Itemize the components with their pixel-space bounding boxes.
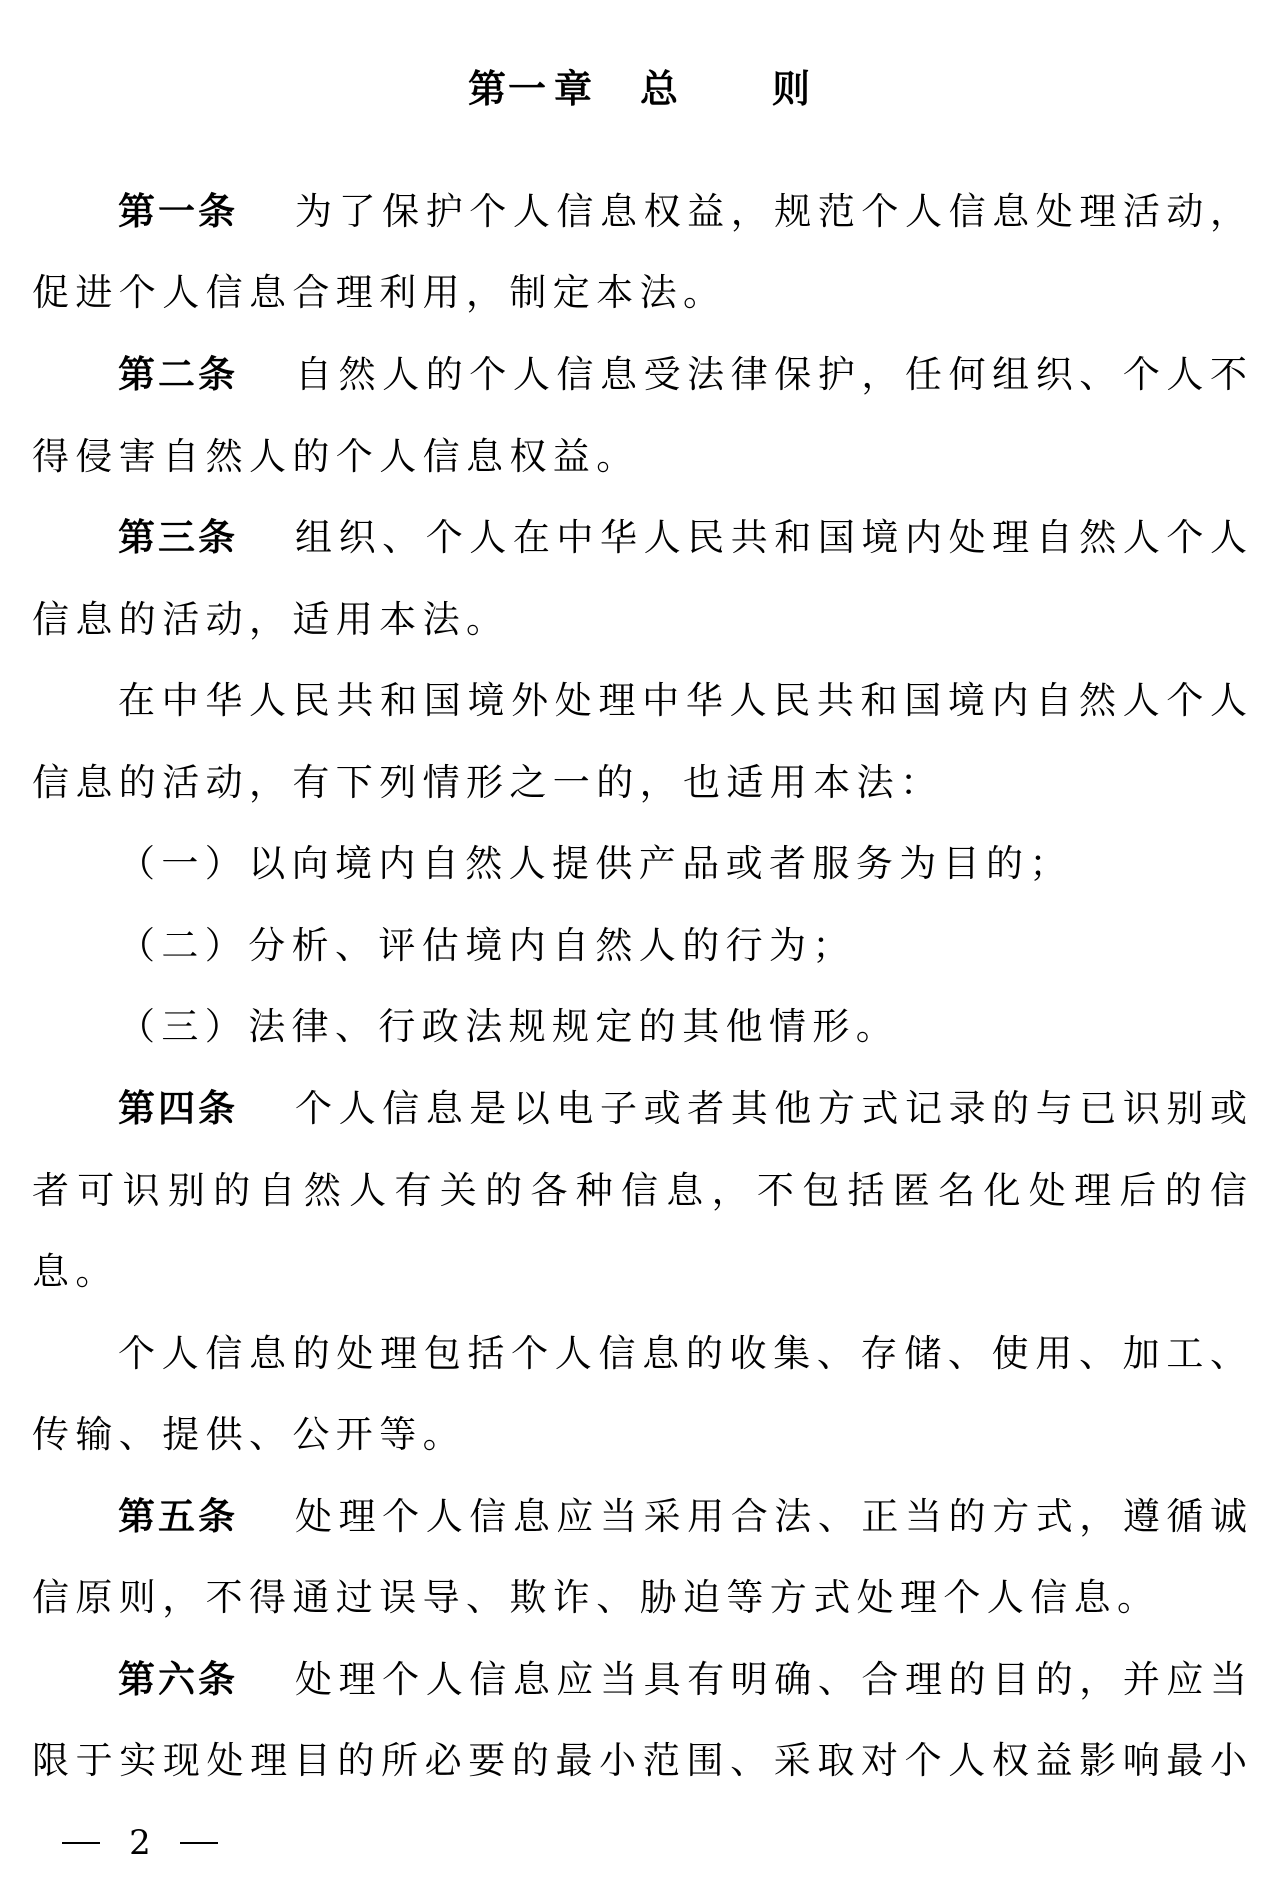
article-heading: 第一条 — [118, 171, 295, 253]
article-heading: 第四条 — [118, 1068, 295, 1150]
article-text: 个人信息是以电子或者其他方式记录的与已识别或 — [295, 1068, 1247, 1150]
article-heading: 第五条 — [118, 1476, 295, 1558]
paragraph-line: 在中华人民共和国境外处理中华人民共和国境内自然人个人 — [32, 660, 1247, 742]
article-text: 在中华人民共和国境外处理中华人民共和国境内自然人个人 — [118, 660, 1247, 742]
list-item-1: （一）以向境内自然人提供产品或者服务为目的； — [32, 823, 1247, 905]
article-text: 息。 — [32, 1231, 1247, 1313]
paragraph-line: 个人信息的处理包括个人信息的收集、存储、使用、加工、 — [32, 1313, 1247, 1395]
list-item-text: （三）法律、行政法规规定的其他情形。 — [118, 986, 1247, 1068]
article-text: 信息的活动，有下列情形之一的，也适用本法： — [32, 742, 1247, 824]
article-text: 限于实现处理目的所必要的最小范围、采取对个人权益影响最小 — [32, 1720, 1247, 1802]
article-text: 信原则，不得通过误导、欺诈、胁迫等方式处理个人信息。 — [32, 1557, 1247, 1639]
article-heading: 第二条 — [118, 334, 295, 416]
text-line: 促进个人信息合理利用，制定本法。 — [32, 252, 1247, 334]
article-5-line: 第五条 处理个人信息应当采用合法、正当的方式，遵循诚 — [32, 1476, 1247, 1558]
page-number-dash-left — [62, 1842, 100, 1844]
page-number-value: 2 — [100, 1822, 180, 1864]
chapter-title-char: 则 — [771, 66, 811, 112]
article-text: 者可识别的自然人有关的各种信息，不包括匿名化处理后的信 — [32, 1150, 1247, 1232]
article-4-line: 第四条 个人信息是以电子或者其他方式记录的与已识别或 — [32, 1068, 1247, 1150]
page-number: 2 — [62, 1822, 218, 1864]
text-line: 限于实现处理目的所必要的最小范围、采取对个人权益影响最小 — [32, 1720, 1247, 1802]
chapter-title-char: 章 — [553, 66, 593, 112]
list-item-text: （二）分析、评估境内自然人的行为； — [118, 905, 1247, 987]
article-heading: 第三条 — [118, 497, 295, 579]
text-line: 信原则，不得通过误导、欺诈、胁迫等方式处理个人信息。 — [32, 1557, 1247, 1639]
article-text: 传输、提供、公开等。 — [32, 1394, 1247, 1476]
article-1-line: 第一条 为了保护个人信息权益，规范个人信息处理活动， — [32, 171, 1247, 253]
article-text: 得侵害自然人的个人信息权益。 — [32, 416, 1247, 498]
article-text: 信息的活动，适用本法。 — [32, 579, 1247, 661]
article-text: 促进个人信息合理利用，制定本法。 — [32, 252, 1247, 334]
article-text: 为了保护个人信息权益，规范个人信息处理活动， — [295, 171, 1247, 253]
article-2-line: 第二条 自然人的个人信息受法律保护，任何组织、个人不 — [32, 334, 1247, 416]
text-line: 者可识别的自然人有关的各种信息，不包括匿名化处理后的信 — [32, 1150, 1247, 1232]
chapter-title-char: 总 — [639, 66, 679, 112]
list-item-text: （一）以向境内自然人提供产品或者服务为目的； — [118, 823, 1247, 905]
article-6-line: 第六条 处理个人信息应当具有明确、合理的目的，并应当 — [32, 1639, 1247, 1721]
list-item-2: （二）分析、评估境内自然人的行为； — [32, 905, 1247, 987]
list-item-3: （三）法律、行政法规规定的其他情形。 — [32, 986, 1247, 1068]
text-line: 传输、提供、公开等。 — [32, 1394, 1247, 1476]
article-text: 处理个人信息应当采用合法、正当的方式，遵循诚 — [295, 1476, 1247, 1558]
article-heading: 第六条 — [118, 1639, 295, 1721]
article-text: 组织、个人在中华人民共和国境内处理自然人个人 — [295, 497, 1247, 579]
text-line: 得侵害自然人的个人信息权益。 — [32, 416, 1247, 498]
article-text: 处理个人信息应当具有明确、合理的目的，并应当 — [295, 1639, 1247, 1721]
text-line: 信息的活动，适用本法。 — [32, 579, 1247, 661]
page-number-dash-right — [180, 1842, 218, 1844]
text-line: 信息的活动，有下列情形之一的，也适用本法： — [32, 742, 1247, 824]
text-line: 息。 — [32, 1231, 1247, 1313]
article-text: 个人信息的处理包括个人信息的收集、存储、使用、加工、 — [118, 1313, 1247, 1395]
chapter-title-char: 第 — [467, 66, 507, 112]
article-3-line: 第三条 组织、个人在中华人民共和国境内处理自然人个人 — [32, 497, 1247, 579]
chapter-title-char: 一 — [507, 66, 547, 112]
article-text: 自然人的个人信息受法律保护，任何组织、个人不 — [295, 334, 1247, 416]
